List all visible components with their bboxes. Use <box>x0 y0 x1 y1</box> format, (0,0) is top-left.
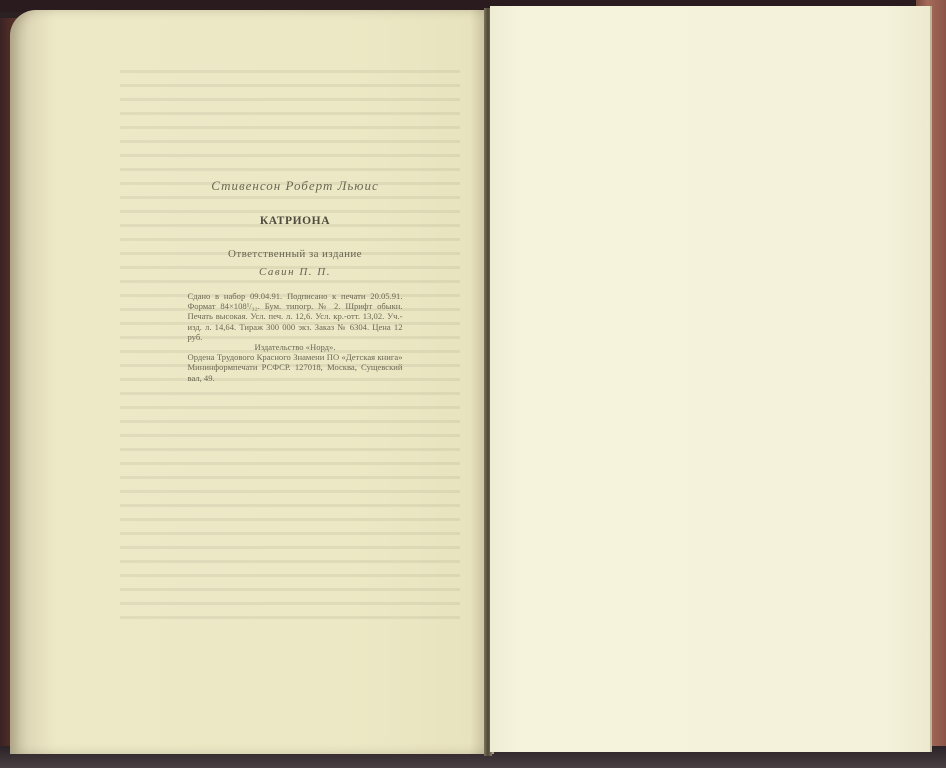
right-page <box>490 6 932 752</box>
colophon: Сдано в набор 09.04.91. Подписано к печа… <box>188 291 403 383</box>
colophon-print-details: Сдано в набор 09.04.91. Подписано к печа… <box>188 291 403 342</box>
left-page: Стивенсон Роберт Льюис КАТРИОНА Ответств… <box>10 10 494 754</box>
colophon-printer: Ордена Трудового Красного Знамени ПО «Де… <box>188 352 403 382</box>
responsible-name: Савин П. П. <box>160 266 430 278</box>
author-name: Стивенсон Роберт Льюис <box>160 178 430 194</box>
imprint-block: Стивенсон Роберт Льюис КАТРИОНА Ответств… <box>160 178 430 383</box>
colophon-publisher: Издательство «Норд». <box>188 342 403 352</box>
book-title: КАТРИОНА <box>160 215 430 227</box>
responsible-label: Ответственный за издание <box>160 248 430 260</box>
